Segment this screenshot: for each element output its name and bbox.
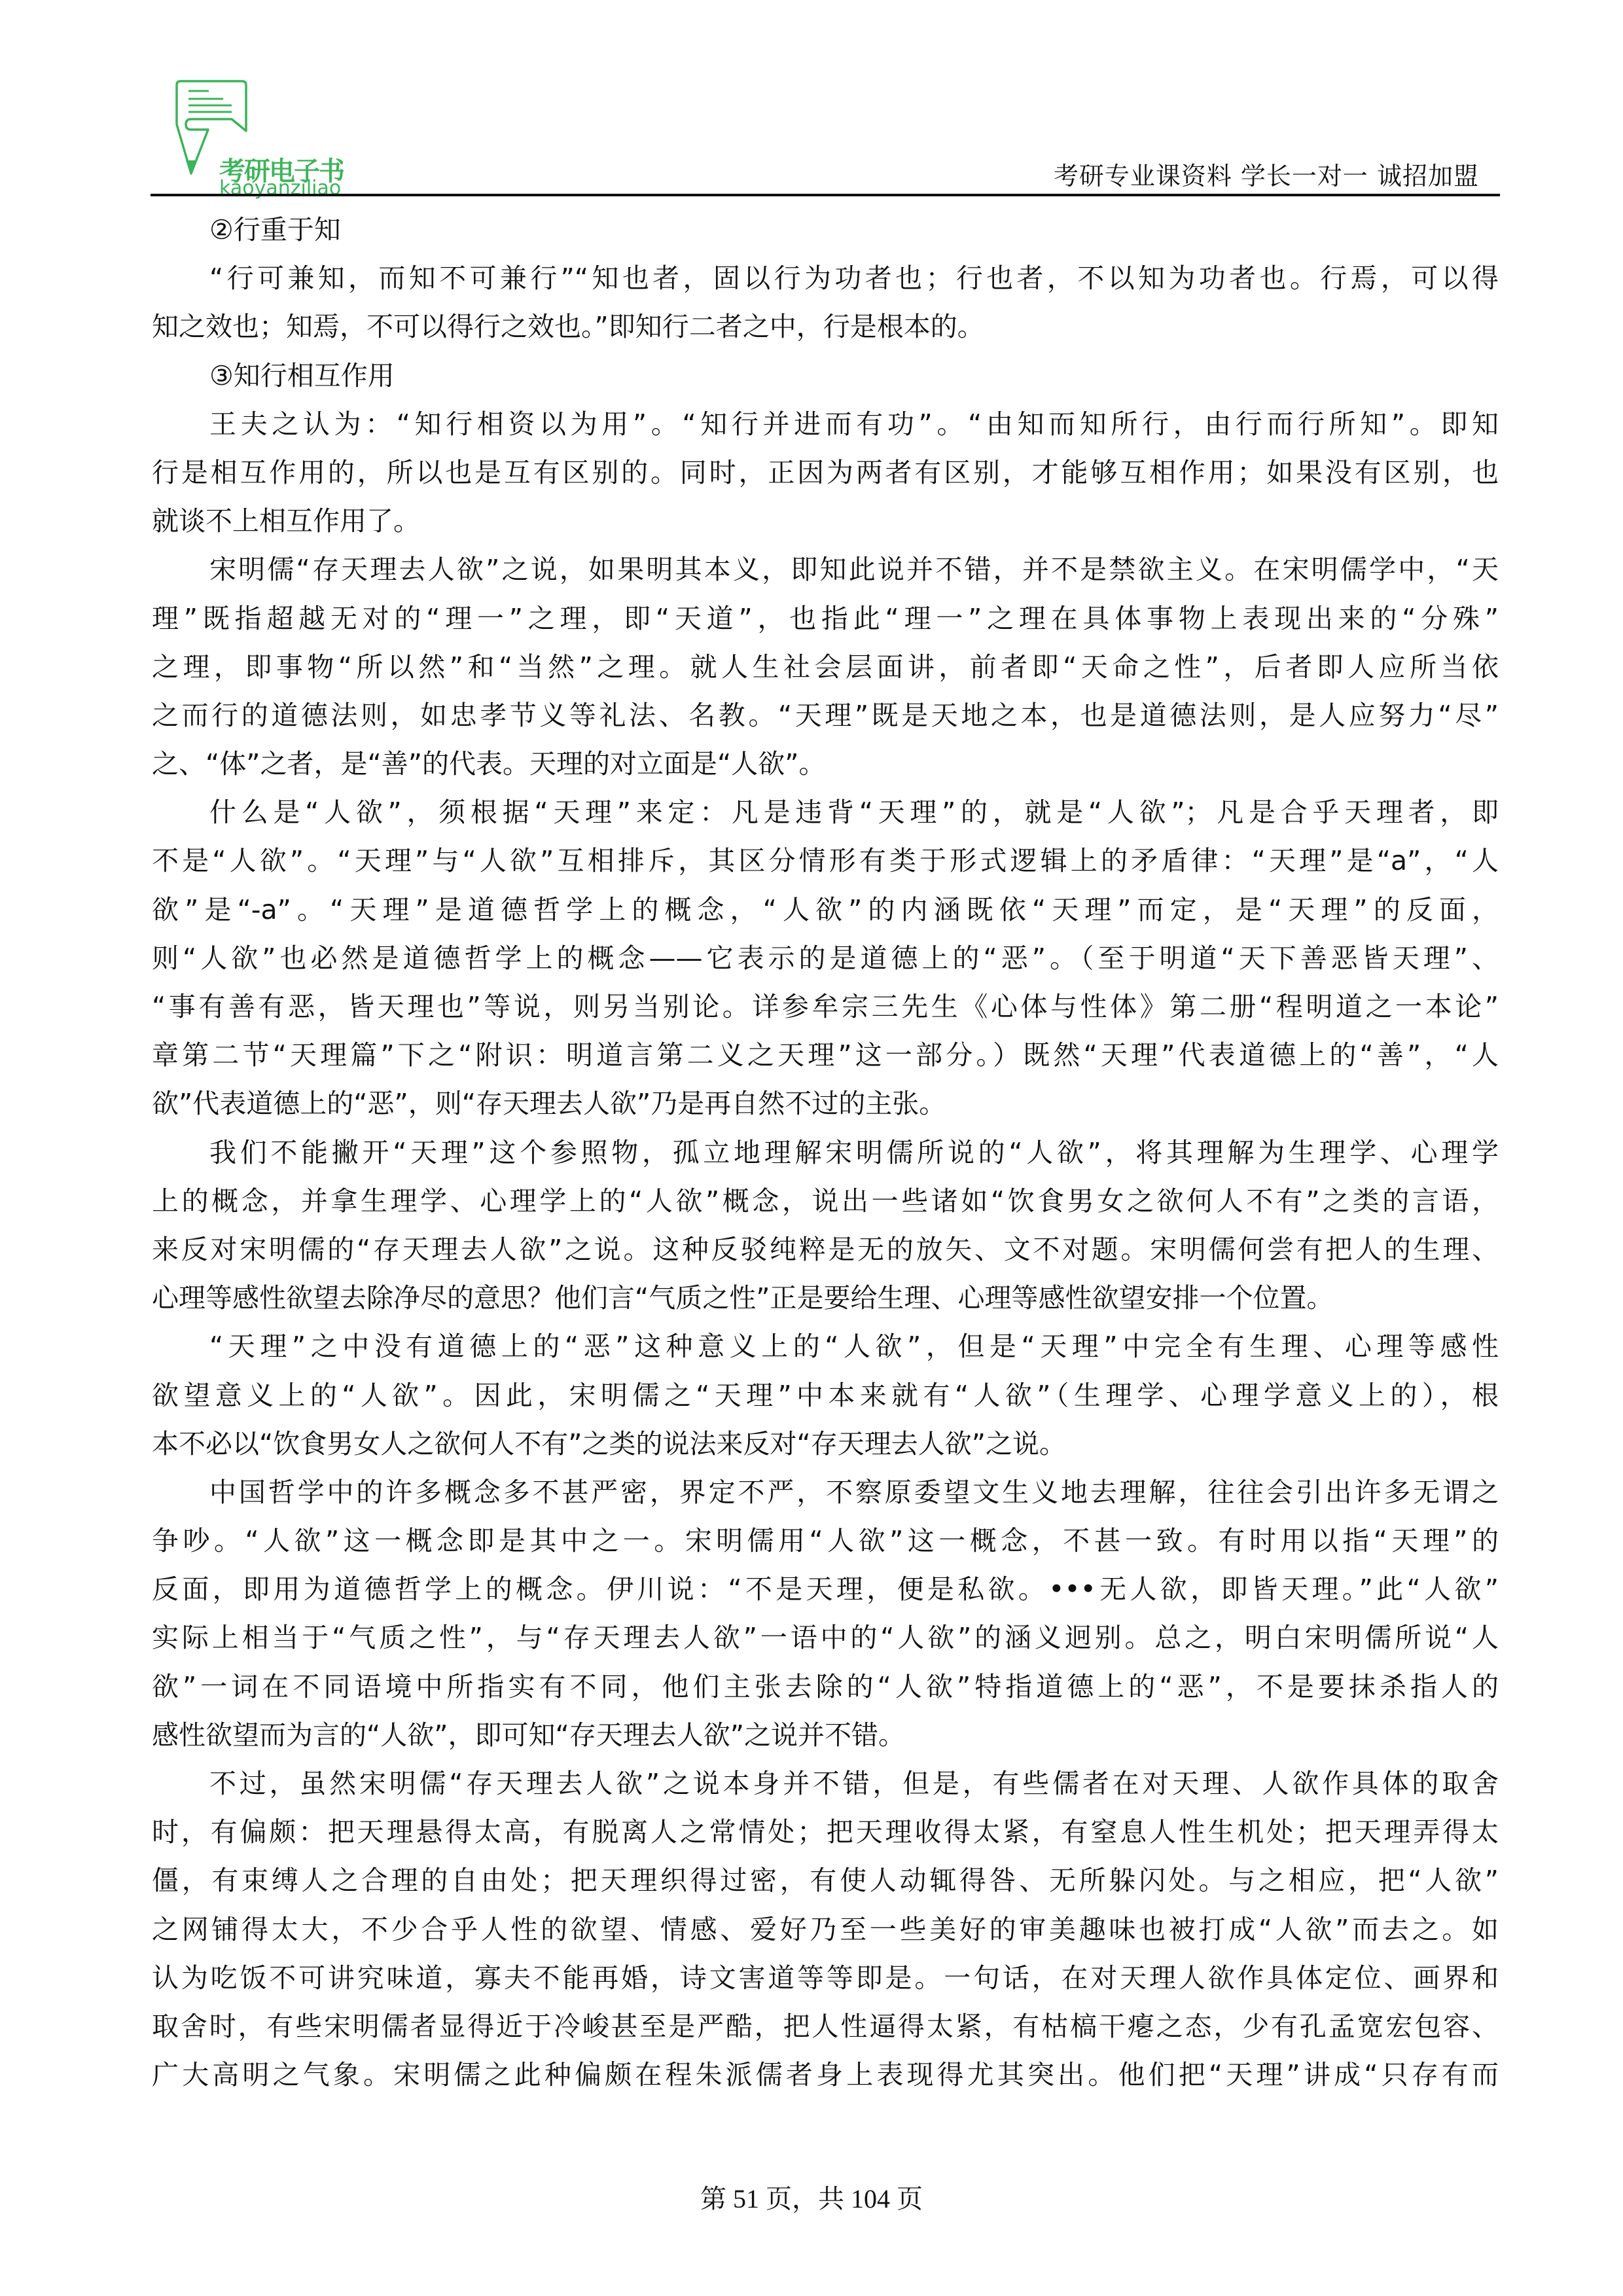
document-body: ②行重于知 “行可兼知，而知不可兼行”“知也者，固以行为功者也；行也者，不以知为…: [152, 206, 1499, 2099]
header-divider: [151, 194, 1500, 196]
text-line: 取舍时，有些宋明儒者显得近于冷峻甚至是严酷，把人性逼得太紧，有枯槁干瘪之态，少有…: [152, 2002, 1499, 2051]
header-slogan: 考研专业课资料 学长一对一 诚招加盟: [1054, 156, 1479, 192]
text-line: 实际上相当于“气质之性”，与“存天理去人欲”一语中的“人欲”的涵义迥别。总之，明…: [152, 1613, 1499, 1662]
text-line: 章第二节“天理篇”下之“附识：明道言第二义之天理”这一部分。）既然“天理”代表道…: [152, 1031, 1499, 1079]
text-line: 僵，有束缚人之合理的自由处；把天理织得过密，有使人动辄得咎、无所躲闪处。与之相应…: [152, 1856, 1499, 1905]
text-line: 则“人欲”也必然是道德哲学上的概念——它表示的是道德上的“恶”。（至于明道“天下…: [152, 934, 1499, 982]
text-line: 就谈不上相互作用了。: [152, 497, 1499, 545]
text-line: “行可兼知，而知不可兼行”“知也者，固以行为功者也；行也者，不以知为功者也。行焉…: [152, 254, 1499, 302]
text-line: 之网铺得太大，不少合乎人性的欲望、情感、爱好乃至一些美好的审美趣味也被打成“人欲…: [152, 1905, 1499, 1954]
text-line: 争吵。“人欲”这一概念即是其中之一。宋明儒用“人欲”这一概念，不甚一致。有时用以…: [152, 1516, 1499, 1565]
text-line: 欲望意义上的“人欲”。因此，宋明儒之“天理”中本来就有“人欲”（生理学、心理学意…: [152, 1371, 1499, 1420]
text-line: 来反对宋明儒的“存天理去人欲”之说。这种反驳纯粹是无的放矢、文不对题。宋明儒何尝…: [152, 1225, 1499, 1274]
text-line: 不是“人欲”。“天理”与“人欲”互相排斥，其区分情形有类于形式逻辑上的矛盾律：“…: [152, 836, 1499, 885]
section-heading: ③知行相互作用: [152, 351, 1499, 400]
text-line: 之理，即事物“所以然”和“当然”之理。就人生社会层面讲，前者即“天命之性”，后者…: [152, 643, 1499, 691]
text-line: 中国哲学中的许多概念多不甚严密，界定不严，不察原委望文生义地去理解，往往会引出许…: [152, 1468, 1499, 1516]
text-line: 王夫之认为：“知行相资以为用”。“知行并进而有功”。“由知而知所行，由行而行所知…: [152, 400, 1499, 448]
text-line: 宋明儒“存天理去人欲”之说，如果明其本义，即知此说并不错，并不是禁欲主义。在宋明…: [152, 545, 1499, 594]
text-line: 什么是“人欲”，须根据“天理”来定：凡是违背“天理”的，就是“人欲”；凡是合乎天…: [152, 788, 1499, 836]
text-line: “天理”之中没有道德上的“恶”这种意义上的“人欲”，但是“天理”中完全有生理、心…: [152, 1322, 1499, 1371]
text-line: 上的概念，并拿生理学、心理学上的“人欲”概念，说出一些诸如“饮食男女之欲何人不有…: [152, 1177, 1499, 1225]
section-heading: ②行重于知: [152, 206, 1499, 254]
page-number: 第 51 页，共 104 页: [0, 2178, 1623, 2215]
text-line: 广大高明之气象。宋明儒之此种偏颇在程朱派儒者身上表现得尤其突出。他们把“天理”讲…: [152, 2051, 1499, 2099]
text-line: 理”既指超越无对的“理一”之理，即“天道”，也指此“理一”之理在具体事物上表现出…: [152, 594, 1499, 643]
text-line: 不过，虽然宋明儒“存天理去人欲”之说本身并不错，但是，有些儒者在对天理、人欲作具…: [152, 1759, 1499, 1808]
text-line: 本不必以“饮食男女人之欲何人不有”之类的说法来反对“存天理去人欲”之说。: [152, 1420, 1499, 1468]
text-line: 欲”一词在不同语境中所指实有不同，他们主张去除的“人欲”特指道德上的“恶”，不是…: [152, 1662, 1499, 1711]
text-line: “事有善有恶，皆天理也”等说，则另当别论。详参牟宗三先生《心体与性体》第二册“程…: [152, 982, 1499, 1031]
text-line: 时，有偏颇：把天理悬得太高，有脱离人之常情处；把天理收得太紧，有窒息人性生机处；…: [152, 1808, 1499, 1856]
text-line: 感性欲望而为言的“人欲”，即可知“存天理去人欲”之说并不错。: [152, 1711, 1499, 1759]
text-line: 之、“体”之者，是“善”的代表。天理的对立面是“人欲”。: [152, 740, 1499, 788]
text-line: 行是相互作用的，所以也是互有区别的。同时，正因为两者有区别，才能够互相作用；如果…: [152, 448, 1499, 497]
text-line: 欲”代表道德上的“恶”，则“存天理去人欲”乃是再自然不过的主张。: [152, 1079, 1499, 1128]
text-line: 心理等感性欲望去除净尽的意思？他们言“气质之性”正是要给生理、心理等感性欲望安排…: [152, 1274, 1499, 1322]
text-line: 欲”是“-a”。“天理”是道德哲学上的概念，“人欲”的内涵既依“天理”而定，是“…: [152, 886, 1499, 934]
text-line: 之而行的道德法则，如忠孝节义等礼法、名教。“天理”既是天地之本，也是道德法则，是…: [152, 691, 1499, 740]
text-line: 我们不能撇开“天理”这个参照物，孤立地理解宋明儒所说的“人欲”，将其理解为生理学…: [152, 1128, 1499, 1177]
text-line: 知之效也；知焉，不可以得行之效也。”即知行二者之中，行是根本的。: [152, 302, 1499, 351]
text-line: 反面，即用为道德哲学上的概念。伊川说：“不是天理，便是私欲。•••无人欲，即皆天…: [152, 1565, 1499, 1613]
text-line: 认为吃饭不可讲究味道，寡夫不能再婚，诗文害道等等即是。一句话，在对天理人欲作具体…: [152, 1954, 1499, 2002]
